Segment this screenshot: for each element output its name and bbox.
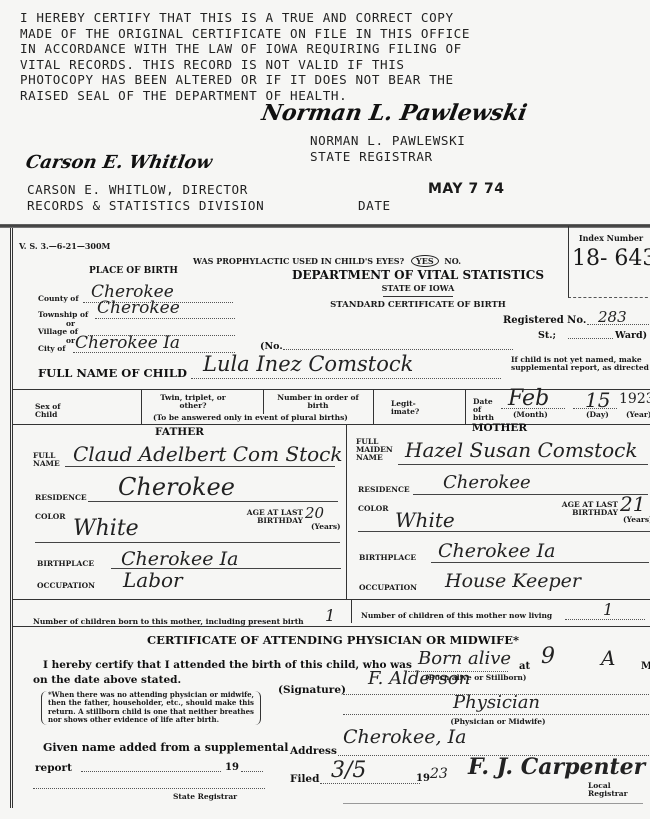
father-years-caption: (Years) [311, 523, 341, 531]
mother-color-value: White [395, 508, 455, 532]
child-name-value: Lula Inez Comstock [203, 352, 413, 376]
mother-birthplace-label: BIRTHPLACE [359, 554, 416, 562]
mother-name-value: Hazel Susan Comstock [405, 438, 637, 462]
legitimate-label: Legit-imate? [391, 400, 431, 416]
children-living-line [565, 619, 645, 620]
birth-ampm-value: A [601, 646, 615, 670]
certification-line: I HEREBY CERTIFY THAT THIS IS A TRUE AND… [20, 10, 560, 26]
state-registrar-signature: Norman L. Pawlewski [260, 100, 529, 126]
bottom-edge-line [343, 803, 643, 804]
city-value: Cherokee Ia [75, 333, 180, 353]
township-line [95, 318, 235, 319]
department-title: DEPARTMENT OF VITAL STATISTICS [283, 268, 553, 282]
certificate-title: STANDARD CERTIFICATE OF BIRTH [283, 301, 553, 309]
mother-color-label: COLOR [358, 505, 389, 513]
born-status-value: Born alive [418, 648, 511, 669]
mother-heading: MOTHER [346, 422, 650, 434]
township-value: Cherokee [97, 298, 180, 318]
column-divider [465, 389, 466, 424]
father-name-line [65, 466, 335, 467]
parents-divider [346, 424, 347, 599]
month-caption: (Month) [513, 411, 548, 419]
physician-title-caption: (Physician or Midwife) [413, 718, 583, 726]
dob-year-value: 1923 [619, 391, 650, 407]
mother-birthplace-value: Cherokee Ia [438, 540, 555, 562]
column-divider [263, 389, 264, 414]
father-birthplace-label: BIRTHPLACE [37, 560, 94, 568]
birth-time-value: 9 [541, 644, 555, 669]
ward-line [568, 338, 613, 339]
father-residence-label: RESIDENCE [35, 494, 87, 502]
physician-title-value: Physician [453, 692, 540, 713]
title-line [343, 714, 649, 715]
physician-certify-text: I hereby certify that I attended the bir… [43, 659, 412, 671]
father-occupation-label: OCCUPATION [37, 582, 95, 590]
children-living-value: 1 [603, 600, 613, 619]
father-name-value: Claud Adelbert Com Stock [73, 442, 343, 466]
mother-name-label: FULL MAIDEN NAME [356, 438, 396, 462]
certification-line: MADE OF THE ORIGINAL CERTIFICATE ON FILE… [20, 26, 560, 42]
row-divider [13, 626, 650, 627]
father-color-line [35, 542, 340, 543]
ward-label: Ward) [615, 330, 647, 341]
children-born-value: 1 [325, 606, 335, 625]
unnamed-note: If child is not yet named, make suppleme… [511, 356, 649, 372]
father-color-label: COLOR [35, 513, 66, 521]
father-birthplace-value: Cherokee Ia [121, 548, 238, 570]
village-label: Village of [38, 328, 78, 336]
filed-date-line [320, 783, 420, 784]
form-code: V. S. 3.—6-21—300M [19, 241, 110, 251]
state-registrar-name: NORMAN L. PAWLEWSKI [310, 133, 465, 149]
dob-month-value: Feb [508, 386, 549, 411]
director-division: RECORDS & STATISTICS DIVISION [27, 198, 264, 214]
report-label: report [35, 762, 72, 774]
physician-signature: F. Alderson [368, 668, 470, 689]
state-registrar-line [33, 788, 265, 789]
title-divider [383, 296, 453, 297]
report-line [81, 771, 221, 772]
mother-age-label: AGE AT LAST BIRTHDAY [528, 501, 618, 517]
father-color-value: White [73, 516, 139, 541]
street-no-label: (No. [260, 341, 283, 352]
director-name: CARSON E. WHITLOW, DIRECTOR [27, 182, 248, 198]
prophylactic-question-text: WAS PROPHYLACTIC USED IN CHILD'S EYES? [193, 256, 404, 266]
m-suffix: M [641, 661, 650, 672]
father-age-label: AGE AT LAST BIRTHDAY [213, 509, 303, 525]
unnamed-note-line: supplemental report, as directed [511, 364, 649, 372]
certification-line: PHOTOCOPY HAS BEEN ALTERED OR IF IT DOES… [20, 72, 560, 88]
signature-label: (Signature) [278, 684, 346, 696]
certification-date: MAY 7 74 [428, 181, 505, 197]
birth-order-label: Number in order of birth [268, 394, 368, 410]
time-at-label: at [519, 661, 530, 672]
mother-occupation-value: House Keeper [445, 570, 581, 592]
mother-name-line [398, 464, 648, 465]
street-line [283, 349, 513, 350]
street-st-label: St.; [538, 330, 556, 341]
father-occupation-value: Labor [123, 568, 183, 592]
registered-no-label: Registered No. [503, 315, 586, 326]
filed-label: Filed [290, 773, 319, 785]
state-registrar-title: STATE REGISTRAR [310, 149, 433, 165]
mother-residence-label: RESIDENCE [358, 486, 410, 494]
birth-certificate-form: V. S. 3.—6-21—300M WAS PROPHYLACTIC USED… [10, 228, 650, 808]
mother-color-line [358, 531, 650, 532]
child-name-line [191, 378, 501, 379]
or-separator: or [66, 337, 75, 345]
address-value: Cherokee, Ia [343, 726, 466, 748]
index-number-label: Index Number [569, 234, 650, 242]
physician-footnote: *When there was no attending physician o… [41, 691, 261, 725]
day-caption: (Day) [586, 411, 609, 419]
certification-stamp: I HEREBY CERTIFY THAT THIS IS A TRUE AND… [20, 10, 560, 104]
local-registrar-signature: F. J. Carpenter [468, 754, 645, 780]
township-label: Township of [38, 311, 88, 319]
filed-date-value: 3/5 [331, 758, 366, 783]
index-number: 18- 643 [572, 246, 650, 271]
dob-label: Date of birth [473, 398, 503, 422]
address-label: Address [290, 745, 337, 757]
father-name-label: FULL NAME [33, 452, 63, 468]
physician-certify-text-2: on the date above stated. [33, 674, 181, 686]
child-name-label: FULL NAME OF CHILD [38, 366, 187, 380]
filed-year-value: 23 [430, 766, 448, 782]
twin-label: Twin, triplet, or other? [153, 394, 233, 410]
director-signature: Carson E. Whitlow [24, 152, 214, 173]
report-year-prefix: 19 [225, 762, 239, 773]
children-living-label: Number of children of this mother now li… [361, 612, 552, 620]
filed-year-prefix: 19 [416, 773, 430, 784]
city-label: City of [38, 345, 65, 353]
certification-line: VITAL RECORDS. THIS RECORD IS NOT VALID … [20, 57, 560, 73]
prophylactic-question: WAS PROPHYLACTIC USED IN CHILD'S EYES? Y… [193, 255, 461, 267]
state-title: STATE OF IOWA [283, 284, 553, 292]
prophylactic-no: NO. [444, 256, 461, 266]
given-name-label: Given name added from a supplemental [43, 741, 288, 754]
mother-residence-line [413, 494, 648, 495]
registered-no-value: 283 [598, 308, 627, 326]
county-label: County of [38, 295, 79, 303]
index-number-box: Index Number 18- 643 [568, 226, 650, 298]
father-age-value: 20 [305, 504, 324, 522]
mother-occupation-label: OCCUPATION [359, 584, 417, 592]
father-residence-value: Cherokee [118, 473, 235, 501]
state-registrar-label: State Registrar [173, 793, 237, 801]
certification-line: IN ACCORDANCE WITH THE LAW OF IOWA REQUI… [20, 41, 560, 57]
sex-label: Sex of Child [35, 403, 75, 419]
report-year-line [241, 771, 263, 772]
date-label: DATE [358, 198, 391, 214]
row-divider [13, 599, 650, 600]
column-divider [373, 389, 374, 424]
prophylactic-yes-circled: YES [411, 255, 439, 267]
mother-age-value: 21 [620, 492, 645, 516]
plural-births-note: (To be answered only in event of plural … [153, 414, 348, 422]
row-divider [13, 389, 650, 390]
children-born-label: Number of children born to this mother, … [33, 618, 304, 626]
year-caption: (Year) [626, 411, 650, 419]
father-residence-line [88, 501, 338, 502]
mother-years-caption: (Years) [623, 516, 650, 524]
column-divider [351, 599, 352, 623]
mother-birthplace-line [431, 562, 649, 563]
local-registrar-label: Local Registrar [588, 782, 650, 798]
mother-residence-value: Cherokee [443, 472, 531, 493]
dob-day-value: 15 [585, 388, 610, 412]
column-divider [141, 389, 142, 424]
father-heading: FATHER [13, 426, 346, 438]
place-of-birth-heading: PLACE OF BIRTH [89, 266, 178, 276]
